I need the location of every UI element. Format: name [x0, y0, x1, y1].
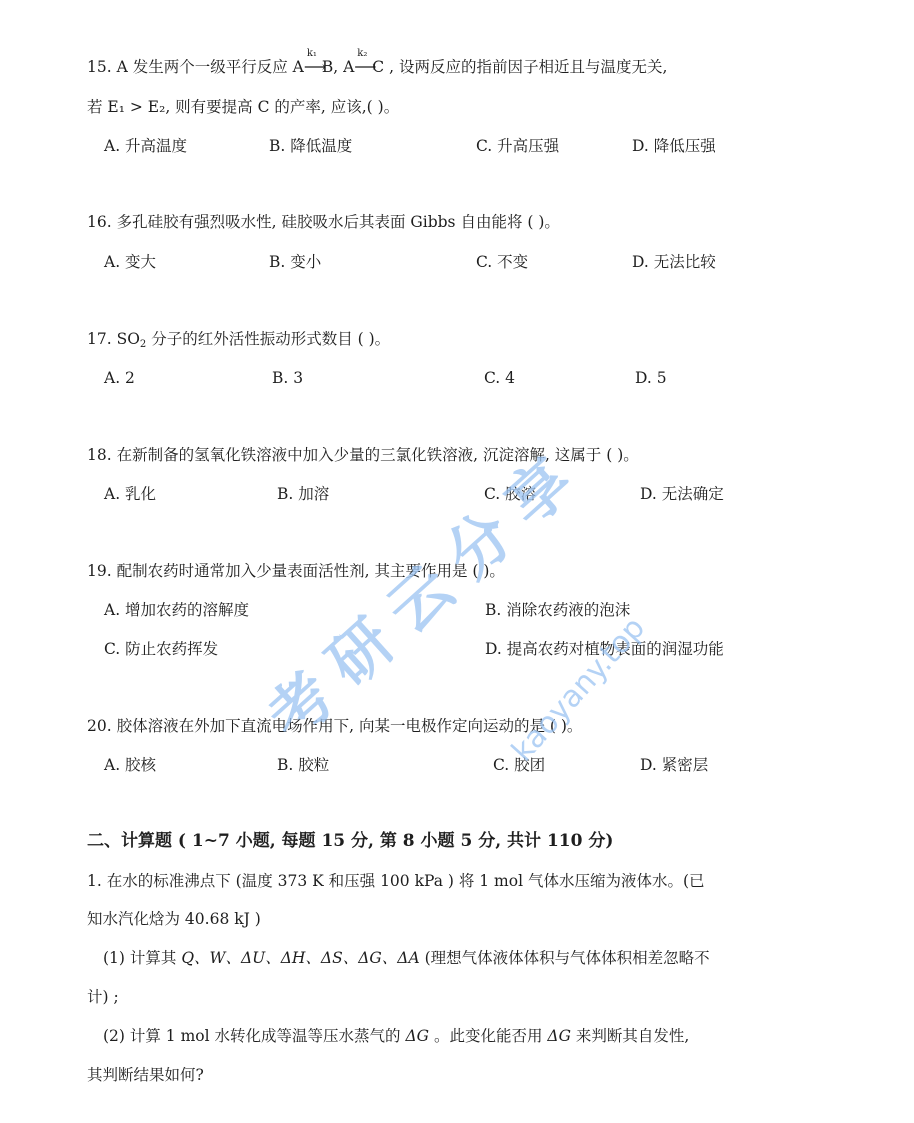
option-a: A. 乳化 — [104, 484, 156, 504]
calc-q1-part1-line1: (1) 计算其 Q、W、ΔU、ΔH、ΔS、ΔG、ΔA (理想气体液体体积与气体体… — [103, 948, 710, 968]
calc-q1-line2: 知水汽化焓为 40.68 kJ ) — [87, 909, 261, 929]
option-d: D. 降低压强 — [632, 136, 716, 156]
question-18-stem: 18. 在新制备的氢氧化铁溶液中加入少量的三氯化铁溶液, 沉淀溶解, 这属于 (… — [87, 445, 639, 465]
option-b: B. 3 — [272, 368, 303, 388]
option-a: A. 升高温度 — [104, 136, 187, 156]
option-d: D. 无法确定 — [640, 484, 724, 504]
section-heading: 二、计算题 ( 1~7 小题, 每题 15 分, 第 8 小题 5 分, 共计 … — [87, 831, 613, 851]
option-c: C. 胶团 — [493, 755, 545, 775]
question-15-stem-line1: 15. A 发生两个一级平行反应 Ak₁⟶B, Ak₂⟶C , 设两反应的指前因… — [87, 57, 667, 77]
option-d: D. 提高农药对植物表面的润湿功能 — [485, 639, 724, 659]
question-16-stem: 16. 多孔硅胶有强烈吸水性, 硅胶吸水后其表面 Gibbs 自由能将 ( )。 — [87, 212, 560, 232]
question-20-stem: 20. 胶体溶液在外加下直流电场作用下, 向某一电极作定向运动的是 ( )。 — [87, 716, 582, 736]
watermark-url: kaoyany.top — [505, 611, 652, 769]
calc-q1-part2-line2: 其判断结果如何? — [87, 1065, 204, 1085]
option-d: D. 无法比较 — [632, 252, 716, 272]
question-number: 20. — [87, 717, 112, 735]
reaction-arrow-k2: k₂⟶ — [354, 57, 372, 77]
option-c: C. 防止农药挥发 — [104, 639, 218, 659]
question-19-stem: 19. 配制农药时通常加入少量表面活性剂, 其主要作用是 ( )。 — [87, 561, 505, 581]
option-b: B. 消除农药液的泡沫 — [485, 600, 630, 620]
question-number: 17. — [87, 330, 112, 348]
option-b: B. 加溶 — [277, 484, 329, 504]
option-a: A. 增加农药的溶解度 — [104, 600, 249, 620]
question-number: 16. — [87, 213, 112, 231]
question-17-stem: 17. SO2 分子的红外活性振动形式数目 ( )。 — [87, 329, 390, 355]
option-c: C. 胶溶 — [484, 484, 536, 504]
option-d: D. 5 — [635, 368, 667, 388]
calc-q1-part1-line2: 计) ; — [87, 987, 119, 1007]
option-c: C. 不变 — [476, 252, 528, 272]
option-a: A. 胶核 — [104, 755, 156, 775]
option-d: D. 紧密层 — [640, 755, 708, 775]
option-b: B. 胶粒 — [277, 755, 329, 775]
option-b: B. 降低温度 — [269, 136, 352, 156]
option-c: C. 4 — [484, 368, 515, 388]
option-a: A. 变大 — [104, 252, 156, 272]
option-c: C. 升高压强 — [476, 136, 559, 156]
calc-q1-line1: 1. 在水的标准沸点下 (温度 373 K 和压强 100 kPa ) 将 1 … — [87, 871, 705, 891]
calc-q1-part2-line1: (2) 计算 1 mol 水转化成等温等压水蒸气的 ΔG 。此变化能否用 ΔG … — [103, 1026, 689, 1046]
option-a: A. 2 — [104, 368, 135, 388]
reaction-arrow-k1: k₁⟶ — [304, 57, 322, 77]
question-number: 15. — [87, 58, 112, 76]
math-quantities: Q、W、ΔU、ΔH、ΔS、ΔG、ΔA — [181, 949, 419, 967]
question-number: 19. — [87, 562, 112, 580]
watermark-chinese: 考研云分享 — [245, 422, 602, 756]
option-b: B. 变小 — [269, 252, 321, 272]
question-number: 18. — [87, 446, 112, 464]
question-15-stem-line2: 若 E₁ > E₂, 则有要提高 C 的产率, 应该,( )。 — [87, 97, 399, 117]
